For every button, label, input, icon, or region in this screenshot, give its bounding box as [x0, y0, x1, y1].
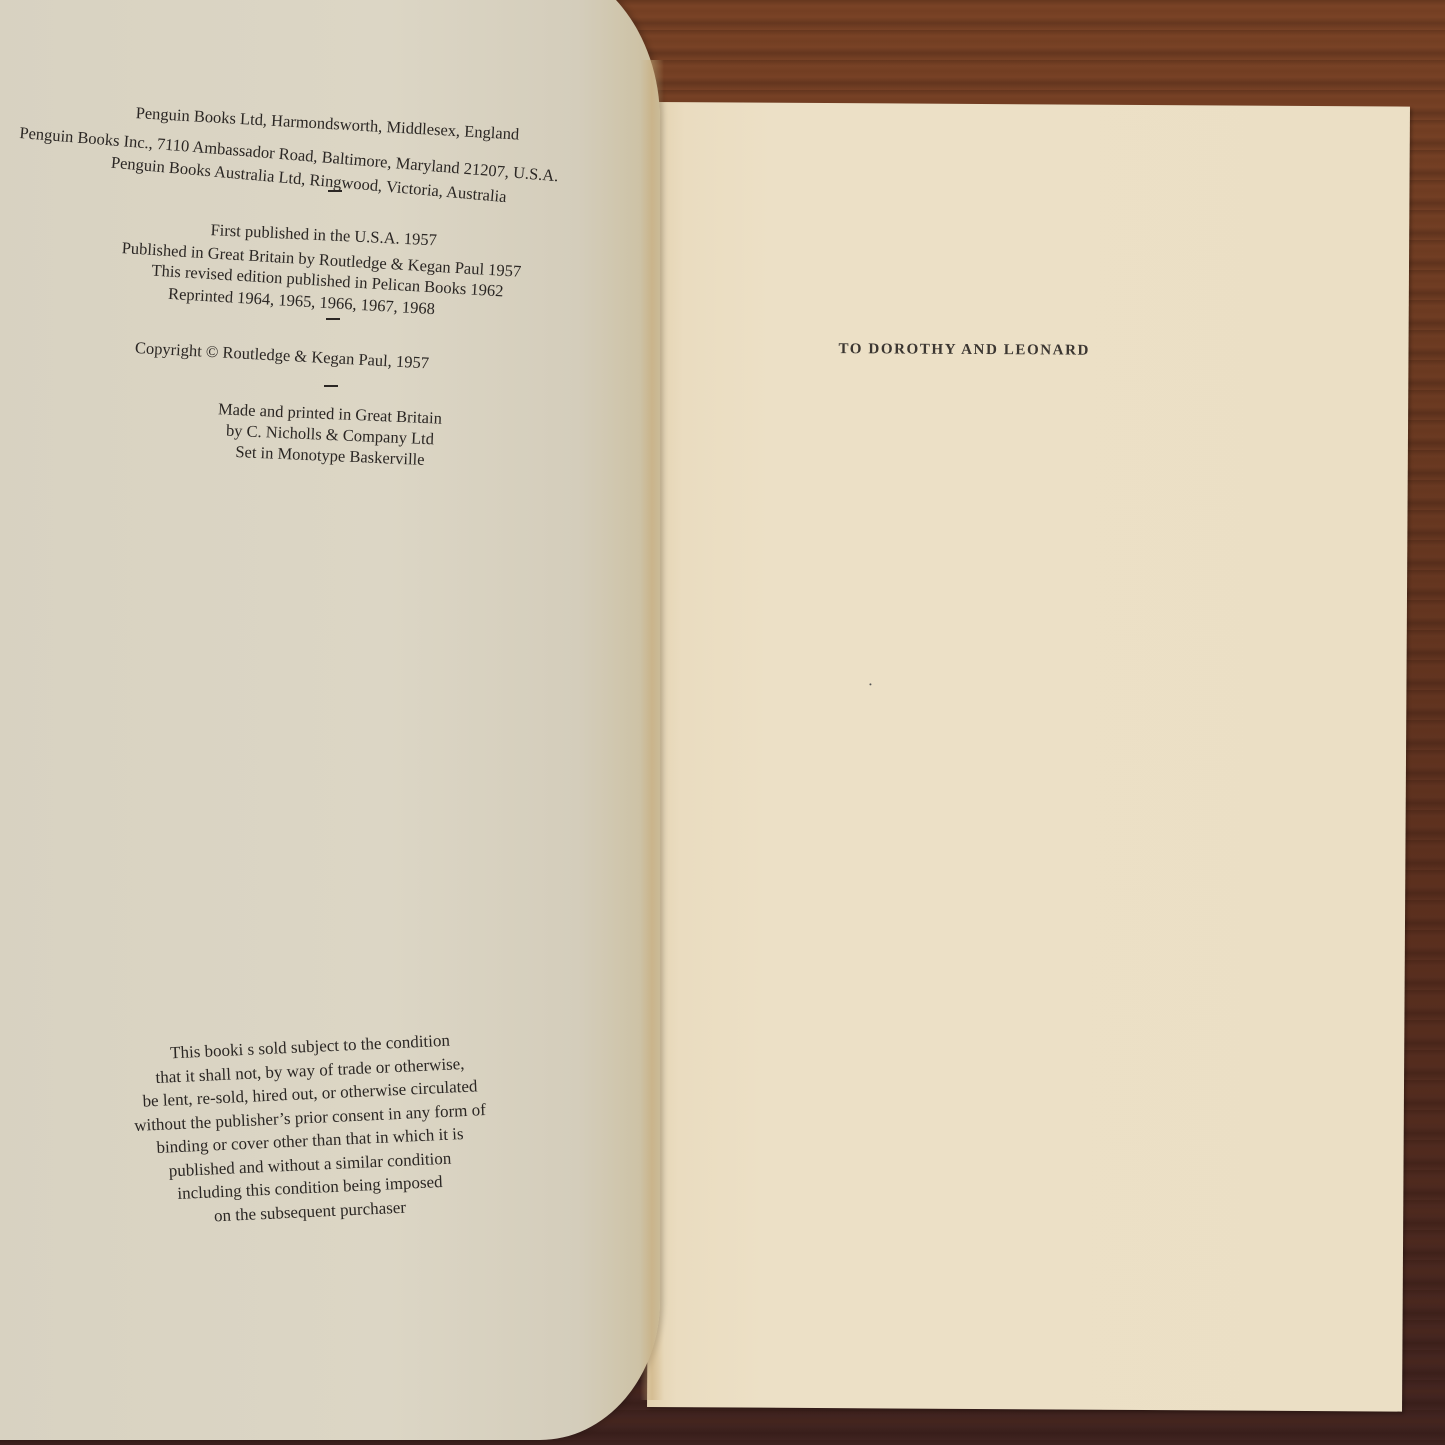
right-page: TO DOROTHY AND LEONARD	[647, 102, 1410, 1412]
publication-history: First published in the U.S.A. 1957 Publi…	[60, 212, 600, 296]
printer-info: Made and printed in Great Britain by C. …	[150, 403, 510, 466]
sale-conditions: This booki s sold subject to the conditi…	[60, 1035, 560, 1223]
section-divider	[326, 318, 340, 320]
section-divider	[324, 385, 338, 387]
section-divider	[328, 190, 342, 192]
paper-speck	[869, 683, 871, 685]
publisher-addresses: Penguin Books Ltd, Harmondsworth, Middle…	[0, 95, 640, 158]
book-gutter	[640, 60, 664, 1400]
dedication: TO DOROTHY AND LEONARD	[838, 341, 1090, 360]
